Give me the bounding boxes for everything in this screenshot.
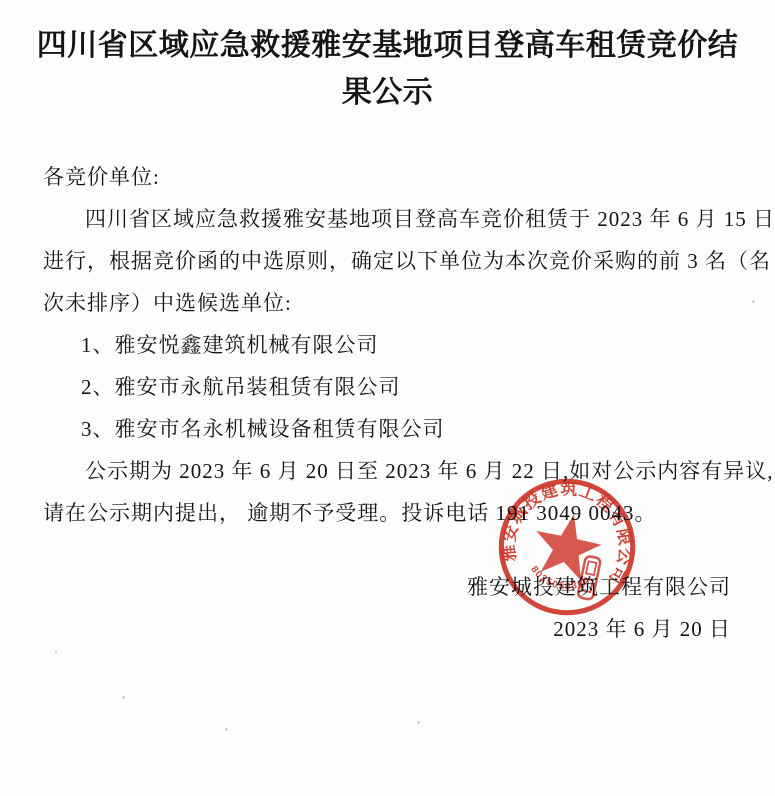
salutation: 各竞价单位: [43,156,739,198]
scan-speckle [55,651,57,654]
document-body: 各竞价单位: 四川省区域应急救援雅安基地项目登高车竞价租赁于 2023 年 6 … [43,156,739,650]
scan-speckle [290,479,292,481]
winner-item-2: 2、雅安市永航吊装租赁有限公司 [43,366,739,408]
signature-company: 雅安城投建筑工程有限公司 [43,566,731,608]
signature-block: 雅安城投建筑工程有限公司 2023 年 6 月 20 日 [43,566,739,650]
paragraph2-line2: 请在公示期内提出， 逾期不予受理。投诉电话 191 3049 0043。 [43,492,739,534]
scan-speckle [225,728,228,731]
scan-speckle [122,696,125,699]
announcement-document: 四川省区域应急救援雅安基地项目登高车租赁竞价结 果公示 各竞价单位: 四川省区域… [0,0,775,796]
paragraph2-line1: 公示期为 2023 年 6 月 20 日至 2023 年 6 月 22 日,如对… [43,450,739,492]
scan-speckle [417,721,420,724]
scan-speckle [752,300,755,303]
signature-date: 2023 年 6 月 20 日 [43,608,731,650]
paragraph1-line2: 进行，根据竞价函的中选原则，确定以下单位为本次竞价采购的前 3 名（名 [43,240,739,282]
winner-item-3: 3、雅安市名永机械设备租赁有限公司 [43,408,739,450]
paragraph1-line1: 四川省区域应急救援雅安基地项目登高车竞价租赁于 2023 年 6 月 15 日 [43,198,739,240]
document-title-line2: 果公示 [30,69,745,116]
document-title-line1: 四川省区域应急救援雅安基地项目登高车租赁竞价结 [30,22,745,69]
winner-item-1: 1、雅安悦鑫建筑机械有限公司 [43,324,739,366]
document-title: 四川省区域应急救援雅安基地项目登高车租赁竞价结 果公示 [30,22,745,116]
paragraph1-line3: 次未排序）中选候选单位: [43,282,739,324]
